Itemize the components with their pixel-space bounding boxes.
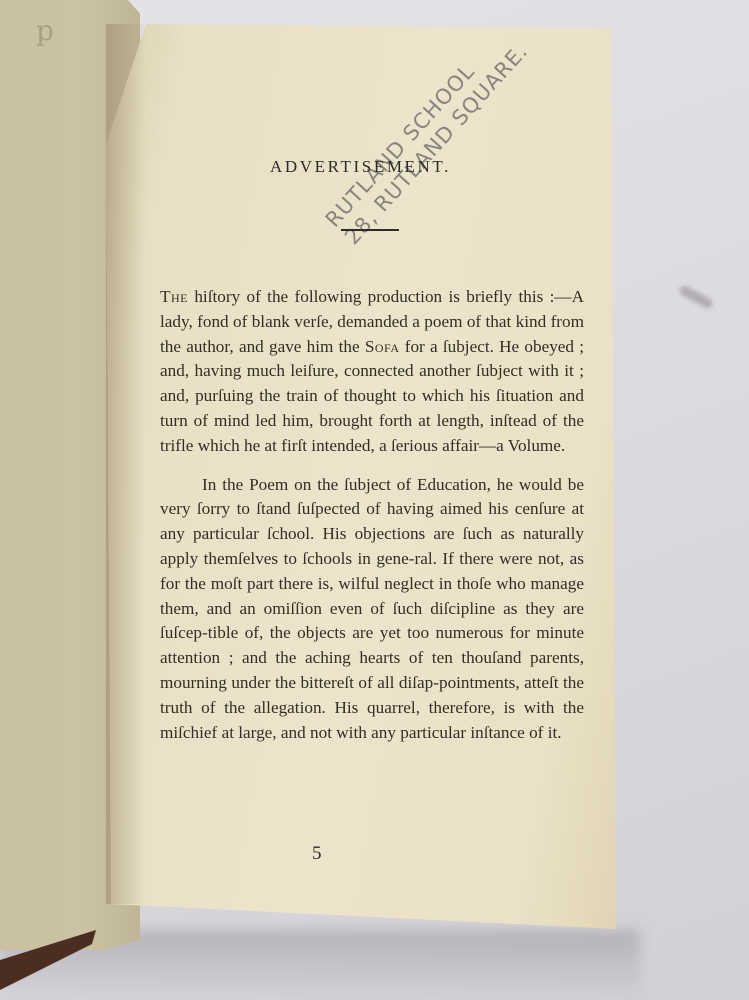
page-gutter-shadow (106, 24, 146, 904)
paragraph-1: The hiſtory of the following production … (160, 285, 584, 459)
paragraph-1-lead: The (160, 287, 188, 306)
page-number: 5 (312, 843, 322, 865)
surface-smudge (678, 284, 714, 310)
left-page-ghost-mark: p (36, 14, 54, 47)
paragraph-2: In the Poem on the ſubject of Education,… (160, 473, 584, 746)
paragraph-1-sofa: Sofa (365, 337, 400, 356)
advertisement-body: The hiſtory of the following production … (160, 285, 584, 745)
page-title: ADVERTISEMENT. (270, 157, 451, 177)
title-rule (341, 229, 399, 231)
